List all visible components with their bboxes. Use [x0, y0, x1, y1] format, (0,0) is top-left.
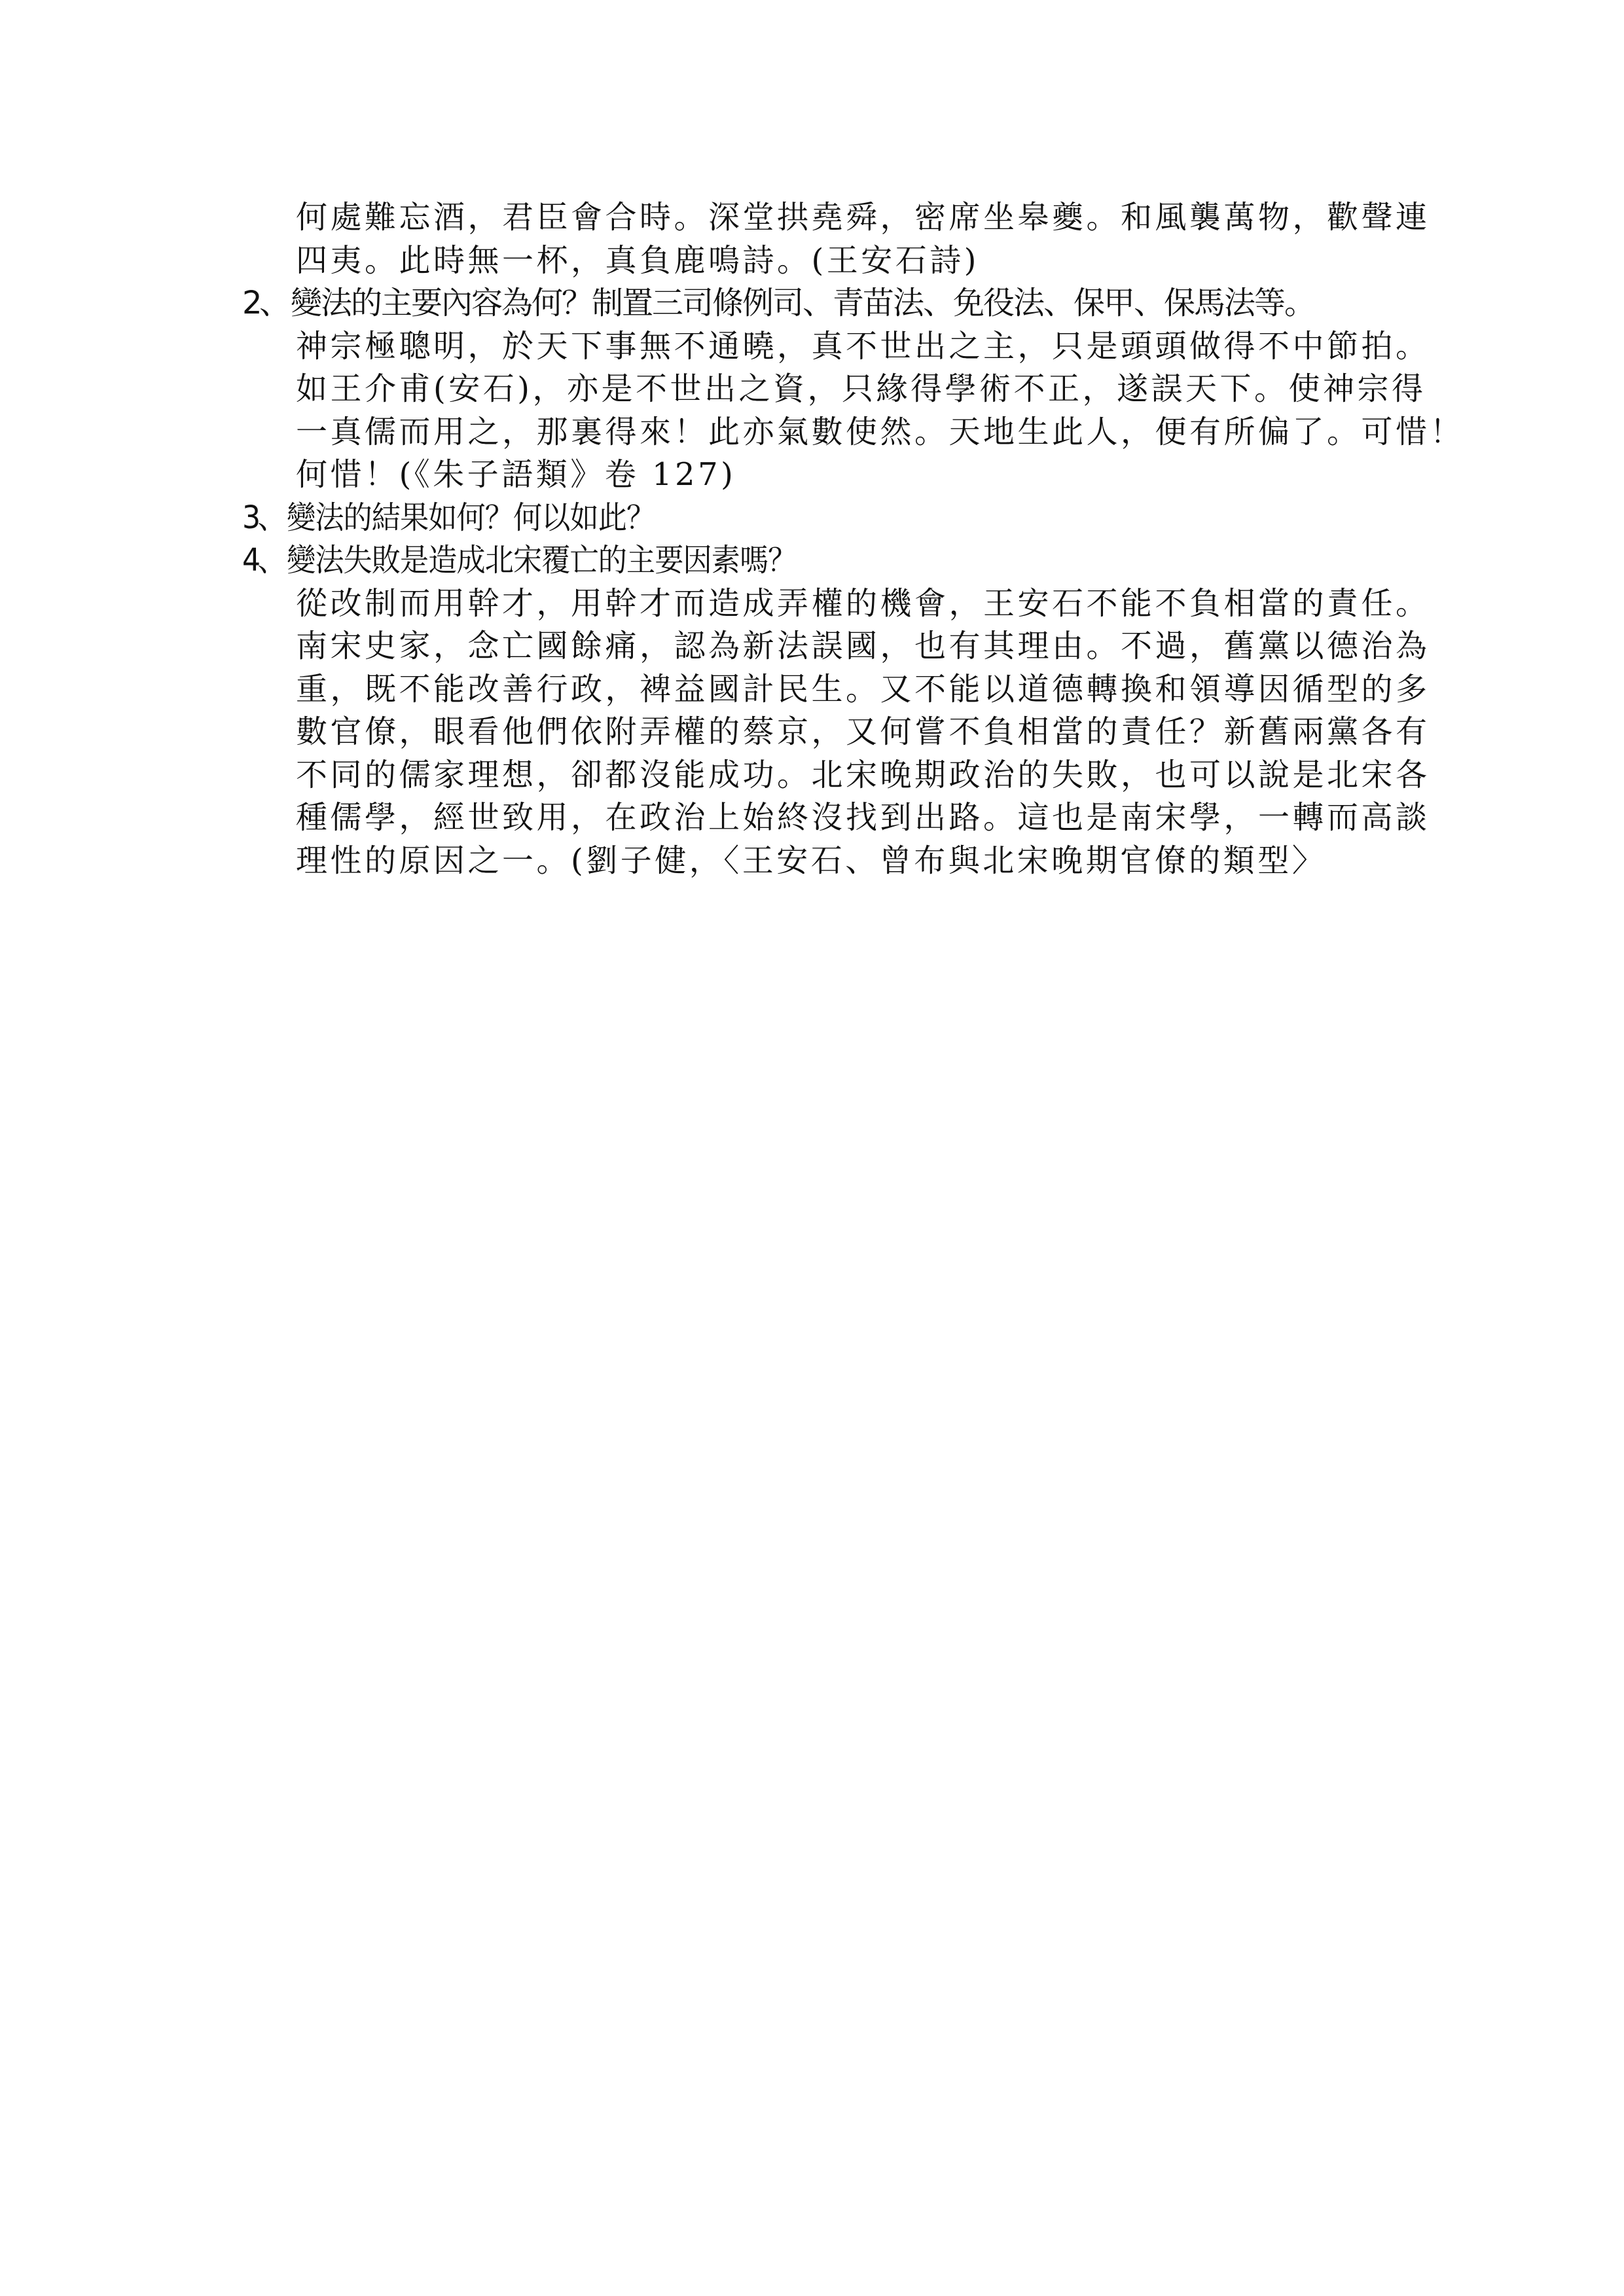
quote-wang-anshi-poem: 何處難忘酒，君臣會合時。深堂拱堯舜，密席坐皋夔。和風襲萬物，歡聲連 四夷。此時無… — [242, 196, 1384, 282]
quote-line: 理性的原因之一。(劉子健，〈王安石、曾布與北宋晚期官僚的類型〉 — [242, 840, 1384, 883]
quote-line: 如王介甫(安石)，亦是不世出之資，只緣得學術不正，遂誤天下。使神宗得 — [242, 368, 1384, 411]
question-separator: 、 — [258, 282, 291, 325]
quote-line: 重，既不能改善行政，裨益國計民生。又不能以道德轉換和領導因循型的多 — [242, 668, 1384, 711]
question-number: 4 — [242, 539, 257, 583]
page-content: 何處難忘酒，君臣會合時。深堂拱堯舜，密席坐皋夔。和風襲萬物，歡聲連 四夷。此時無… — [242, 196, 1384, 882]
question-number: 2 — [242, 282, 258, 325]
quote-line: 神宗極聰明，於天下事無不通曉，真不世出之主，只是頭頭做得不中節拍。 — [242, 325, 1384, 368]
quote-line: 數官僚，眼看他們依附弄權的蔡京，又何嘗不負相當的責任？新舊兩黨各有 — [242, 711, 1384, 754]
document-page: 何處難忘酒，君臣會合時。深堂拱堯舜，密席坐皋夔。和風襲萬物，歡聲連 四夷。此時無… — [0, 0, 1624, 2296]
question-2: 2、變法的主要內容為何？制置三司條例司、青苗法、免役法、保甲、保馬法等。 — [242, 282, 1384, 325]
quote-line: 種儒學，經世致用，在政治上始終沒找到出路。這也是南宋學，一轉而高談 — [242, 797, 1384, 840]
quote-zhuzi-yulei: 神宗極聰明，於天下事無不通曉，真不世出之主，只是頭頭做得不中節拍。 如王介甫(安… — [242, 325, 1384, 497]
question-separator: 、 — [257, 539, 287, 583]
question-3: 3、變法的結果如何？何以如此？ — [242, 497, 1293, 540]
quote-line: 從改制而用幹才，用幹才而造成弄權的機會，王安石不能不負相當的責任。 — [242, 583, 1384, 626]
question-separator: 、 — [257, 497, 287, 540]
quote-line: 南宋史家，念亡國餘痛，認為新法誤國，也有其理由。不過，舊黨以德治為 — [242, 625, 1384, 668]
question-text: 變法的主要內容為何？制置三司條例司、青苗法、免役法、保甲、保馬法等。 — [291, 285, 1314, 321]
question-text: 變法的結果如何？何以如此？ — [287, 499, 655, 536]
quote-line: 不同的儒家理想，卻都沒能成功。北宋晚期政治的失敗，也可以說是北宋各 — [242, 754, 1384, 797]
quote-line: 何惜！(《朱子語類》卷 127) — [242, 454, 1384, 497]
quote-line: 何處難忘酒，君臣會合時。深堂拱堯舜，密席坐皋夔。和風襲萬物，歡聲連 — [242, 196, 1384, 240]
quote-liu-zijian: 從改制而用幹才，用幹才而造成弄權的機會，王安石不能不負相當的責任。 南宋史家，念… — [242, 583, 1384, 883]
question-number: 3 — [242, 497, 257, 540]
quote-line: 四夷。此時無一杯，真負鹿鳴詩。(王安石詩) — [242, 240, 1384, 283]
question-text: 變法失敗是造成北宋覆亡的主要因素嗎？ — [287, 542, 796, 579]
quote-line: 一真儒而用之，那裏得來！此亦氣數使然。天地生此人，便有所偏了。可惜！ — [242, 411, 1384, 454]
question-4: 4、變法失敗是造成北宋覆亡的主要因素嗎？ — [242, 539, 1293, 583]
